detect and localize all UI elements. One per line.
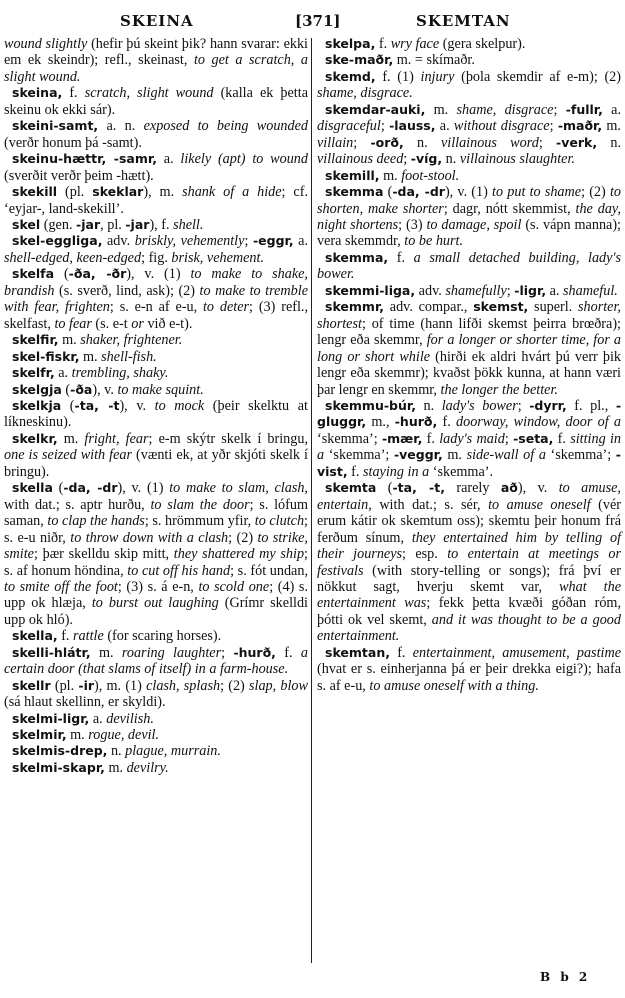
headword: -ða — [70, 382, 92, 397]
dictionary-entry: skelli-hlátr, m. roaring laughter; -hurð… — [4, 645, 308, 678]
dictionary-entry: skelmi-ligr, a. devilish. — [4, 711, 308, 727]
headword: skellr — [12, 678, 51, 693]
entry-text: f. — [422, 431, 439, 447]
english-gloss: villainous deed — [317, 151, 403, 167]
entry-text: ), v. — [92, 382, 117, 398]
headword: -verk, — [556, 135, 597, 150]
headword: -ta, -t, — [392, 480, 444, 495]
dictionary-entry: skekill (pl. skeklar), m. shank of a hid… — [4, 184, 308, 217]
english-gloss: staying in a — [363, 464, 429, 480]
entry-text: ; þær skelldu skip mitt, — [34, 546, 174, 562]
entry-text: m. — [59, 332, 81, 348]
headword: -jar — [125, 217, 149, 232]
headword: -ir — [78, 678, 94, 693]
english-gloss: to fear — [54, 316, 91, 332]
english-gloss: they shattered my ship — [174, 546, 304, 562]
entry-text: n. — [416, 398, 442, 414]
entry-text: ; — [403, 151, 411, 167]
headword: -mær, — [382, 431, 422, 446]
entry-text: (verðr honum þá -samt). — [4, 135, 142, 151]
entry-text: n. — [404, 135, 441, 151]
running-header: SKEINA [371] SKEMTAN — [0, 6, 625, 30]
headword: -maðr, — [558, 118, 602, 133]
column-divider — [311, 38, 312, 963]
entry-text: n. — [597, 135, 621, 151]
left-column: wound slightly (hefir þú skeint þik? han… — [4, 36, 308, 776]
entry-text: ; — [518, 398, 530, 414]
entry-text: a. — [294, 233, 308, 249]
headword: skeina, — [12, 85, 62, 100]
entry-text: ; — [550, 118, 558, 134]
entry-text: a. — [603, 102, 621, 118]
english-gloss: to make to slam, clash, — [169, 480, 308, 496]
english-gloss: to deter — [203, 299, 249, 315]
english-gloss: disgraceful — [317, 118, 381, 134]
headword: skelpa, — [325, 36, 375, 51]
english-gloss: to put to shame — [492, 184, 581, 200]
entry-text: ; — [381, 118, 389, 134]
english-gloss: shame, disgrace — [457, 102, 554, 118]
english-gloss: villain — [317, 135, 353, 151]
entry-text: m. — [443, 447, 467, 463]
headword: skemill, — [325, 168, 380, 183]
entry-text: ; dagr, nótt skemmist, — [444, 201, 576, 217]
entry-text: ; (2) — [228, 530, 257, 546]
headword: að — [501, 480, 518, 495]
entry-text: ; fig. — [141, 250, 171, 266]
entry-text: ), v. — [119, 398, 154, 414]
entry-text: (for scaring horses). — [104, 628, 221, 644]
english-gloss: to make squint. — [117, 382, 203, 398]
english-gloss: shame, disgrace. — [317, 85, 413, 101]
english-gloss: lady's maid — [439, 431, 505, 447]
dictionary-entry: skemmi-liga, adv. shamefully; -ligr, a. … — [317, 283, 621, 299]
dictionary-entry: skemmu-búr, n. lady's bower; -dyrr, f. p… — [317, 398, 621, 480]
headword: skelmi-ligr, — [12, 711, 89, 726]
english-gloss: to damage, spoil — [426, 217, 521, 233]
headword: -jar — [76, 217, 100, 232]
dictionary-entry: ske-maðr, m. = skímaðr. — [317, 52, 621, 68]
dictionary-entry: skeina, f. scratch, slight wound (kalla … — [4, 85, 308, 118]
entry-text: a. n. — [98, 118, 143, 134]
entry-text: f. — [375, 36, 390, 52]
entry-text: adv. — [102, 233, 134, 249]
english-gloss: shell-edged, keen-edged — [4, 250, 141, 266]
entry-text: ( — [53, 480, 63, 496]
headword: -víg, — [411, 151, 442, 166]
entry-text: m. — [67, 727, 89, 743]
headword: -da, -dr — [392, 184, 445, 199]
entry-text: rarely — [445, 480, 501, 496]
dictionary-entry: skelmir, m. rogue, devil. — [4, 727, 308, 743]
headword: skel-fiskr, — [12, 349, 79, 364]
entry-text: f. — [388, 250, 414, 266]
headword: -ta, -t — [75, 398, 120, 413]
dictionary-entry: skelmi-skapr, m. devilry. — [4, 760, 308, 776]
signature-mark: B b 2 — [540, 970, 590, 984]
english-gloss: to slam the door — [150, 497, 249, 513]
headword: ske-maðr, — [325, 52, 393, 67]
entry-text: f. — [437, 414, 456, 430]
entry-text: ( — [61, 398, 74, 414]
headword: skemmu-búr, — [325, 398, 416, 413]
entry-text: (s. e-t — [92, 316, 131, 332]
headword: skelkja — [12, 398, 61, 413]
english-gloss: without disgrace — [454, 118, 550, 134]
entry-text: , pl. — [100, 217, 125, 233]
entry-text: ; s. e-n af e-u, — [110, 299, 203, 315]
entry-text: m. — [602, 118, 621, 134]
headword: -da, -dr — [63, 480, 117, 495]
english-gloss: scratch, slight wound — [85, 85, 214, 101]
headword: -eggr, — [253, 233, 294, 248]
entry-text: ( — [54, 266, 69, 282]
dictionary-entry: skemill, m. foot-stool. — [317, 168, 621, 184]
entry-text: (gen. — [40, 217, 76, 233]
headword: -dyrr, — [529, 398, 567, 413]
english-gloss: entertainment, amusement, pastime — [413, 645, 621, 661]
headword: skelli-hlátr, — [12, 645, 91, 660]
dictionary-entry: skemtan, f. entertainment, amusement, pa… — [317, 645, 621, 694]
english-gloss: to clutch — [255, 513, 304, 529]
english-gloss: slap, blow — [249, 678, 308, 694]
dictionary-entry: skelkr, m. fright, fear; e-m skýtr skelk… — [4, 431, 308, 480]
headword: skelkr, — [12, 431, 58, 446]
english-gloss: shameful. — [563, 283, 618, 299]
english-gloss: shaker, frightener. — [80, 332, 182, 348]
entry-text: ‘skemma’; — [324, 447, 394, 463]
headword: skekill — [12, 184, 57, 199]
entry-text: ‘skemma’. — [429, 464, 493, 480]
entry-text: f. pl., — [567, 398, 616, 414]
english-gloss: trembling, shaky. — [72, 365, 169, 381]
dictionary-entry: skelpa, f. wry face (gera skelpur). — [317, 36, 621, 52]
entry-text: ‘skemma’; — [546, 447, 616, 463]
page-number: [371] — [295, 12, 341, 30]
headword: skemst, — [473, 299, 528, 314]
entry-text: ; (2) — [581, 184, 610, 200]
dictionary-entry: skelfr, a. trembling, shaky. — [4, 365, 308, 381]
entry-text: ‘skemma’; — [317, 431, 382, 447]
english-gloss: plague, murrain. — [125, 743, 221, 759]
headword: skemma — [325, 184, 383, 199]
dictionary-entry: skemd, f. (1) injury (þola skemdir af e-… — [317, 69, 621, 102]
entry-text: ( — [62, 382, 70, 398]
english-gloss: likely (apt) to wound — [180, 151, 308, 167]
headword: -hurð, — [233, 645, 276, 660]
entry-text: (gera skelpur). — [439, 36, 525, 52]
entry-text: n. — [107, 743, 125, 759]
headword: skelfr, — [12, 365, 55, 380]
entry-text: ; (2) — [220, 678, 249, 694]
entry-text: ; — [244, 233, 253, 249]
entry-text: ; e-m skýtr skelk í bringu, — [149, 431, 309, 447]
entry-text: f. — [390, 645, 413, 661]
headword: skella — [12, 480, 53, 495]
entry-text: ; (3) s. á e-n, — [118, 579, 199, 595]
entry-text: m. — [380, 168, 402, 184]
headword: -orð, — [370, 135, 403, 150]
english-gloss: roaring laughter — [122, 645, 221, 661]
entry-text: a. — [436, 118, 454, 134]
english-gloss: devilish. — [106, 711, 154, 727]
dictionary-entry: wound slightly (hefir þú skeint þik? han… — [4, 36, 308, 85]
dictionary-entry: skeini-samt, a. n. exposed to being woun… — [4, 118, 308, 151]
english-gloss: to smite off the foot — [4, 579, 118, 595]
entry-text: adv. — [415, 283, 445, 299]
english-gloss: devilry. — [127, 760, 169, 776]
dictionary-entry: skella (-da, -dr), v. (1) to make to sla… — [4, 480, 308, 628]
english-gloss: shell. — [173, 217, 203, 233]
headword: skeini-samt, — [12, 118, 98, 133]
left-guide-word: SKEINA — [120, 12, 194, 30]
english-gloss: rattle — [73, 628, 104, 644]
english-gloss: wry face — [391, 36, 439, 52]
entry-text: m. — [105, 760, 127, 776]
entry-text: a. — [157, 151, 180, 167]
english-gloss: to amuse oneself with a thing. — [369, 678, 538, 694]
headword: skelfir, — [12, 332, 59, 347]
headword: skemtan, — [325, 645, 390, 660]
entry-text: ), v. — [518, 480, 559, 496]
english-gloss: exposed to being wounded — [144, 118, 308, 134]
english-gloss: villainous slaughter. — [460, 151, 575, 167]
entry-text: ; — [505, 431, 513, 447]
dictionary-entry: skemta (-ta, -t, rarely að), v. to amuse… — [317, 480, 621, 645]
english-gloss: to amuse oneself — [488, 497, 591, 513]
english-gloss: to burst out laughing — [92, 595, 219, 611]
dictionary-entry: skeinu-hættr, -samr, a. likely (apt) to … — [4, 151, 308, 184]
headword: skelmi-skapr, — [12, 760, 105, 775]
headword: skemdar-auki, — [325, 102, 425, 117]
headword: skelfa — [12, 266, 54, 281]
entry-text: ), v. (1) — [126, 266, 190, 282]
english-gloss: to throw down with a clash — [70, 530, 228, 546]
english-gloss: to clap the hands — [47, 513, 144, 529]
headword: -fullr, — [566, 102, 603, 117]
headword: skeklar — [92, 184, 143, 199]
english-gloss: villainous word — [441, 135, 539, 151]
entry-text: ), f. — [149, 217, 173, 233]
entry-text: ; s. fót undan, — [230, 563, 308, 579]
headword: skel — [12, 217, 40, 232]
entry-text: a. — [546, 283, 563, 299]
entry-text: f. — [276, 645, 301, 661]
english-gloss: shell-fish. — [101, 349, 157, 365]
entry-text: f. (1) — [376, 69, 421, 85]
headword: skelmir, — [12, 727, 67, 742]
headword: -lauss, — [389, 118, 435, 133]
entry-text: (sá hlaut skellinn, er skyldi). — [4, 694, 166, 710]
english-gloss: side-wall of a — [467, 447, 546, 463]
dictionary-entry: skemmr, adv. compar., skemst, superl. sh… — [317, 299, 621, 398]
entry-text: ), v. (1) — [445, 184, 492, 200]
entry-text: f. — [62, 85, 84, 101]
english-gloss: briskly, vehemently — [135, 233, 245, 249]
headword: skella, — [12, 628, 58, 643]
entry-text: við e-t). — [144, 316, 192, 332]
entry-text: ( — [383, 184, 392, 200]
right-guide-word: SKEMTAN — [416, 12, 511, 30]
dictionary-entry: skel-fiskr, m. shell-fish. — [4, 349, 308, 365]
entry-text: (sverðit verðr þeim -hætt). — [4, 168, 154, 184]
dictionary-entry: skel (gen. -jar, pl. -jar), f. shell. — [4, 217, 308, 233]
headword: skemd, — [325, 69, 376, 84]
headword: skel-eggliga, — [12, 233, 102, 248]
entry-text: ; — [539, 135, 556, 151]
english-gloss: to be hurt. — [404, 233, 463, 249]
dictionary-entry: skemma, f. a small detached building, la… — [317, 250, 621, 283]
dictionary-entry: skemdar-auki, m. shame, disgrace; -fullr… — [317, 102, 621, 168]
entry-text: m. — [79, 349, 101, 365]
dictionary-entry: skelkja (-ta, -t), v. to mock (þeir skel… — [4, 398, 308, 431]
entry-text: ; — [221, 645, 233, 661]
english-gloss: to cut off his hand — [127, 563, 230, 579]
headword: skeinu-hættr, -samr, — [12, 151, 157, 166]
entry-text: ; — [353, 135, 370, 151]
english-gloss: doorway, window, door of a — [456, 414, 621, 430]
entry-text: ), m. — [143, 184, 182, 200]
dictionary-entry: skelgja (-ða), v. to make squint. — [4, 382, 308, 398]
entry-text: with dat.; s. sér, — [372, 497, 488, 513]
headword: skemma, — [325, 250, 388, 265]
english-gloss: or — [131, 316, 144, 332]
headword: skemmr, — [325, 299, 384, 314]
entry-text: f. — [553, 431, 570, 447]
english-gloss: rogue, devil. — [88, 727, 159, 743]
entry-text: (þola skemdir af e-m); (2) — [454, 69, 621, 85]
entry-text: m. = skímaðr. — [393, 52, 475, 68]
dictionary-entry: skelfa (-ða, -ðr), v. (1) to make to sha… — [4, 266, 308, 332]
entry-text: f. — [58, 628, 73, 644]
headword: -seta, — [513, 431, 553, 446]
dictionary-entry: skelfir, m. shaker, frightener. — [4, 332, 308, 348]
entry-text: with dat.; s. aptr hurðu, — [4, 497, 150, 513]
english-gloss: fright, fear — [84, 431, 148, 447]
entry-text: m. — [58, 431, 85, 447]
headword: skemmi-liga, — [325, 283, 415, 298]
entry-text: adv. compar., — [384, 299, 473, 315]
entry-text: m., — [366, 414, 395, 430]
dictionary-entry: skel-eggliga, adv. briskly, vehemently; … — [4, 233, 308, 266]
entry-text: ; (3) — [398, 217, 426, 233]
headword: -veggr, — [394, 447, 443, 462]
dictionary-entry: skemma (-da, -dr), v. (1) to put to sham… — [317, 184, 621, 250]
headword: -ða, -ðr — [69, 266, 127, 281]
english-gloss: foot-stool. — [401, 168, 459, 184]
english-gloss: one is seized with fear — [4, 447, 132, 463]
entry-text: ; s. hrömmum yfir, — [145, 513, 255, 529]
dictionary-entry: skellr (pl. -ir), m. (1) clash, splash; … — [4, 678, 308, 711]
english-gloss: lady's bower — [442, 398, 518, 414]
right-column: skelpa, f. wry face (gera skelpur).ske-m… — [317, 36, 621, 694]
entry-text: ; esp. — [402, 546, 447, 562]
entry-text: (pl. — [51, 678, 79, 694]
headword: skelmis-drep, — [12, 743, 107, 758]
entry-text: m. — [425, 102, 456, 118]
entry-text: ), v. (1) — [118, 480, 170, 496]
english-gloss: wound slightly — [4, 36, 87, 52]
english-gloss: to scold one — [198, 579, 269, 595]
english-gloss: clash, splash — [146, 678, 220, 694]
entry-text: superl. — [528, 299, 578, 315]
entry-text: ; — [553, 102, 565, 118]
english-gloss: shamefully — [445, 283, 506, 299]
headword: -ligr, — [514, 283, 546, 298]
english-gloss: the longer the better. — [441, 382, 558, 398]
dictionary-entry: skelmis-drep, n. plague, murrain. — [4, 743, 308, 759]
entry-text: (s. sverð, lind, ask); (2) — [54, 283, 199, 299]
entry-text: m. — [91, 645, 122, 661]
entry-text: n. — [442, 151, 460, 167]
english-gloss: to mock — [155, 398, 205, 414]
entry-text: (pl. — [57, 184, 92, 200]
entry-text: a. — [89, 711, 106, 727]
headword: skemta — [325, 480, 376, 495]
entry-text: ( — [376, 480, 392, 496]
entry-text: a. — [55, 365, 72, 381]
english-gloss: shank of a hide — [182, 184, 281, 200]
english-gloss: injury — [421, 69, 455, 85]
headword: -hurð, — [395, 414, 438, 429]
entry-text: f. — [348, 464, 363, 480]
english-gloss: brisk, vehement. — [171, 250, 264, 266]
headword: skelgja — [12, 382, 62, 397]
dictionary-entry: skella, f. rattle (for scaring horses). — [4, 628, 308, 644]
entry-text: ), m. (1) — [94, 678, 146, 694]
